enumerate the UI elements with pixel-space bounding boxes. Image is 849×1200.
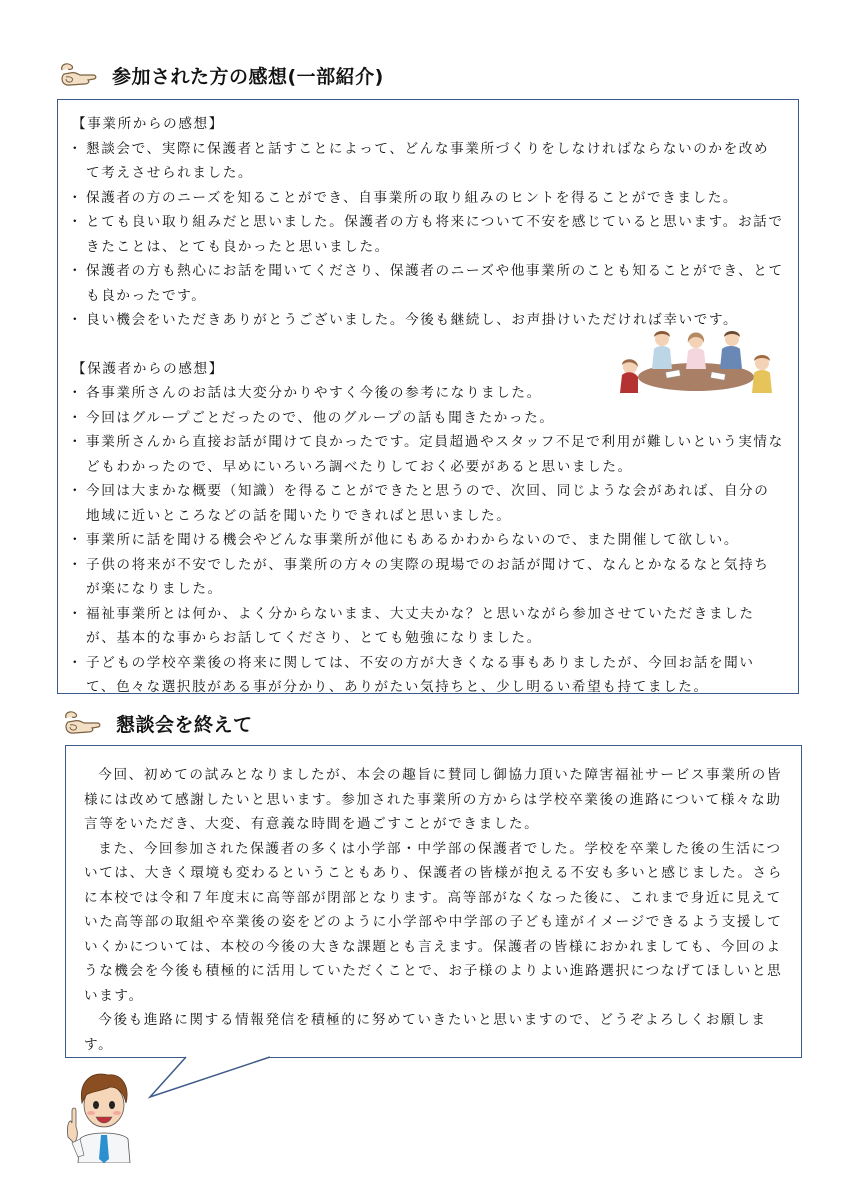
pointing-hand-icon xyxy=(58,60,98,90)
business-impressions-label: 【事業所からの感想】 xyxy=(72,112,784,137)
guardian-impressions-list: 各事業所さんのお話は大変分かりやすく今後の参考になりました。 今回はグループごと… xyxy=(72,381,784,700)
closing-remarks-bubble: 今回、初めての試みとなりましたが、本会の趣旨に賛同し御協力頂いた障害福祉サービス… xyxy=(65,745,802,1058)
section-heading-after-meeting: 懇談会を終えて xyxy=(62,708,253,738)
section-title: 参加された方の感想(一部紹介) xyxy=(112,62,384,89)
business-impressions-list: 懇談会で、実際に保護者と話すことによって、どんな事業所づくりをしなければならない… xyxy=(72,137,784,333)
list-item: とても良い取り組みだと思いました。保護者の方も将来について不安を感じていると思い… xyxy=(72,210,784,259)
list-item: 保護者の方も熱心にお話を聞いてくださり、保護者のニーズや他事業所のことも知ること… xyxy=(72,259,784,308)
paragraph: また、今回参加された保護者の多くは小学部・中学部の保護者でした。学校を卒業した後… xyxy=(84,837,785,1009)
paragraph: 今後も進路に関する情報発信を積極的に努めていきたいと思いますので、どうぞよろしく… xyxy=(84,1008,785,1057)
list-item: 事業所さんから直接お話が聞けて良かったです。定員超過やスタッフ不足で利用が難しい… xyxy=(72,430,784,479)
teacher-illustration xyxy=(64,1065,144,1163)
pointing-hand-icon xyxy=(62,708,102,738)
section-title: 懇談会を終えて xyxy=(116,710,253,737)
paragraph: 今回、初めての試みとなりましたが、本会の趣旨に賛同し御協力頂いた障害福祉サービス… xyxy=(84,763,785,837)
section-heading-impressions: 参加された方の感想(一部紹介) xyxy=(58,60,384,90)
list-item: 懇談会で、実際に保護者と話すことによって、どんな事業所づくりをしなければならない… xyxy=(72,137,784,186)
list-item: 福祉事業所とは何か、よく分からないまま、大丈夫かな？と思いながら参加させていただ… xyxy=(72,602,784,651)
list-item: 今回は大まかな概要（知識）を得ることができたと思うので、次回、同じような会があれ… xyxy=(72,479,784,528)
list-item: 保護者の方のニーズを知ることができ、自事業所の取り組みのヒントを得ることができま… xyxy=(72,186,784,211)
list-item: 子どもの学校卒業後の将来に関しては、不安の方が大きくなる事もありましたが、今回お… xyxy=(72,651,784,700)
list-item: 子供の将来が不安でしたが、事業所の方々の実際の現場でのお話が聞けて、なんとかなる… xyxy=(72,553,784,602)
list-item: 今回はグループごとだったので、他のグループの話も聞きたかった。 xyxy=(72,406,784,431)
list-item: 事業所に話を聞ける機会やどんな事業所が他にもあるかわからないので、また開催して欲… xyxy=(72,528,784,553)
group-meeting-illustration xyxy=(616,325,772,393)
impressions-box: 【事業所からの感想】 懇談会で、実際に保護者と話すことによって、どんな事業所づく… xyxy=(57,99,799,694)
